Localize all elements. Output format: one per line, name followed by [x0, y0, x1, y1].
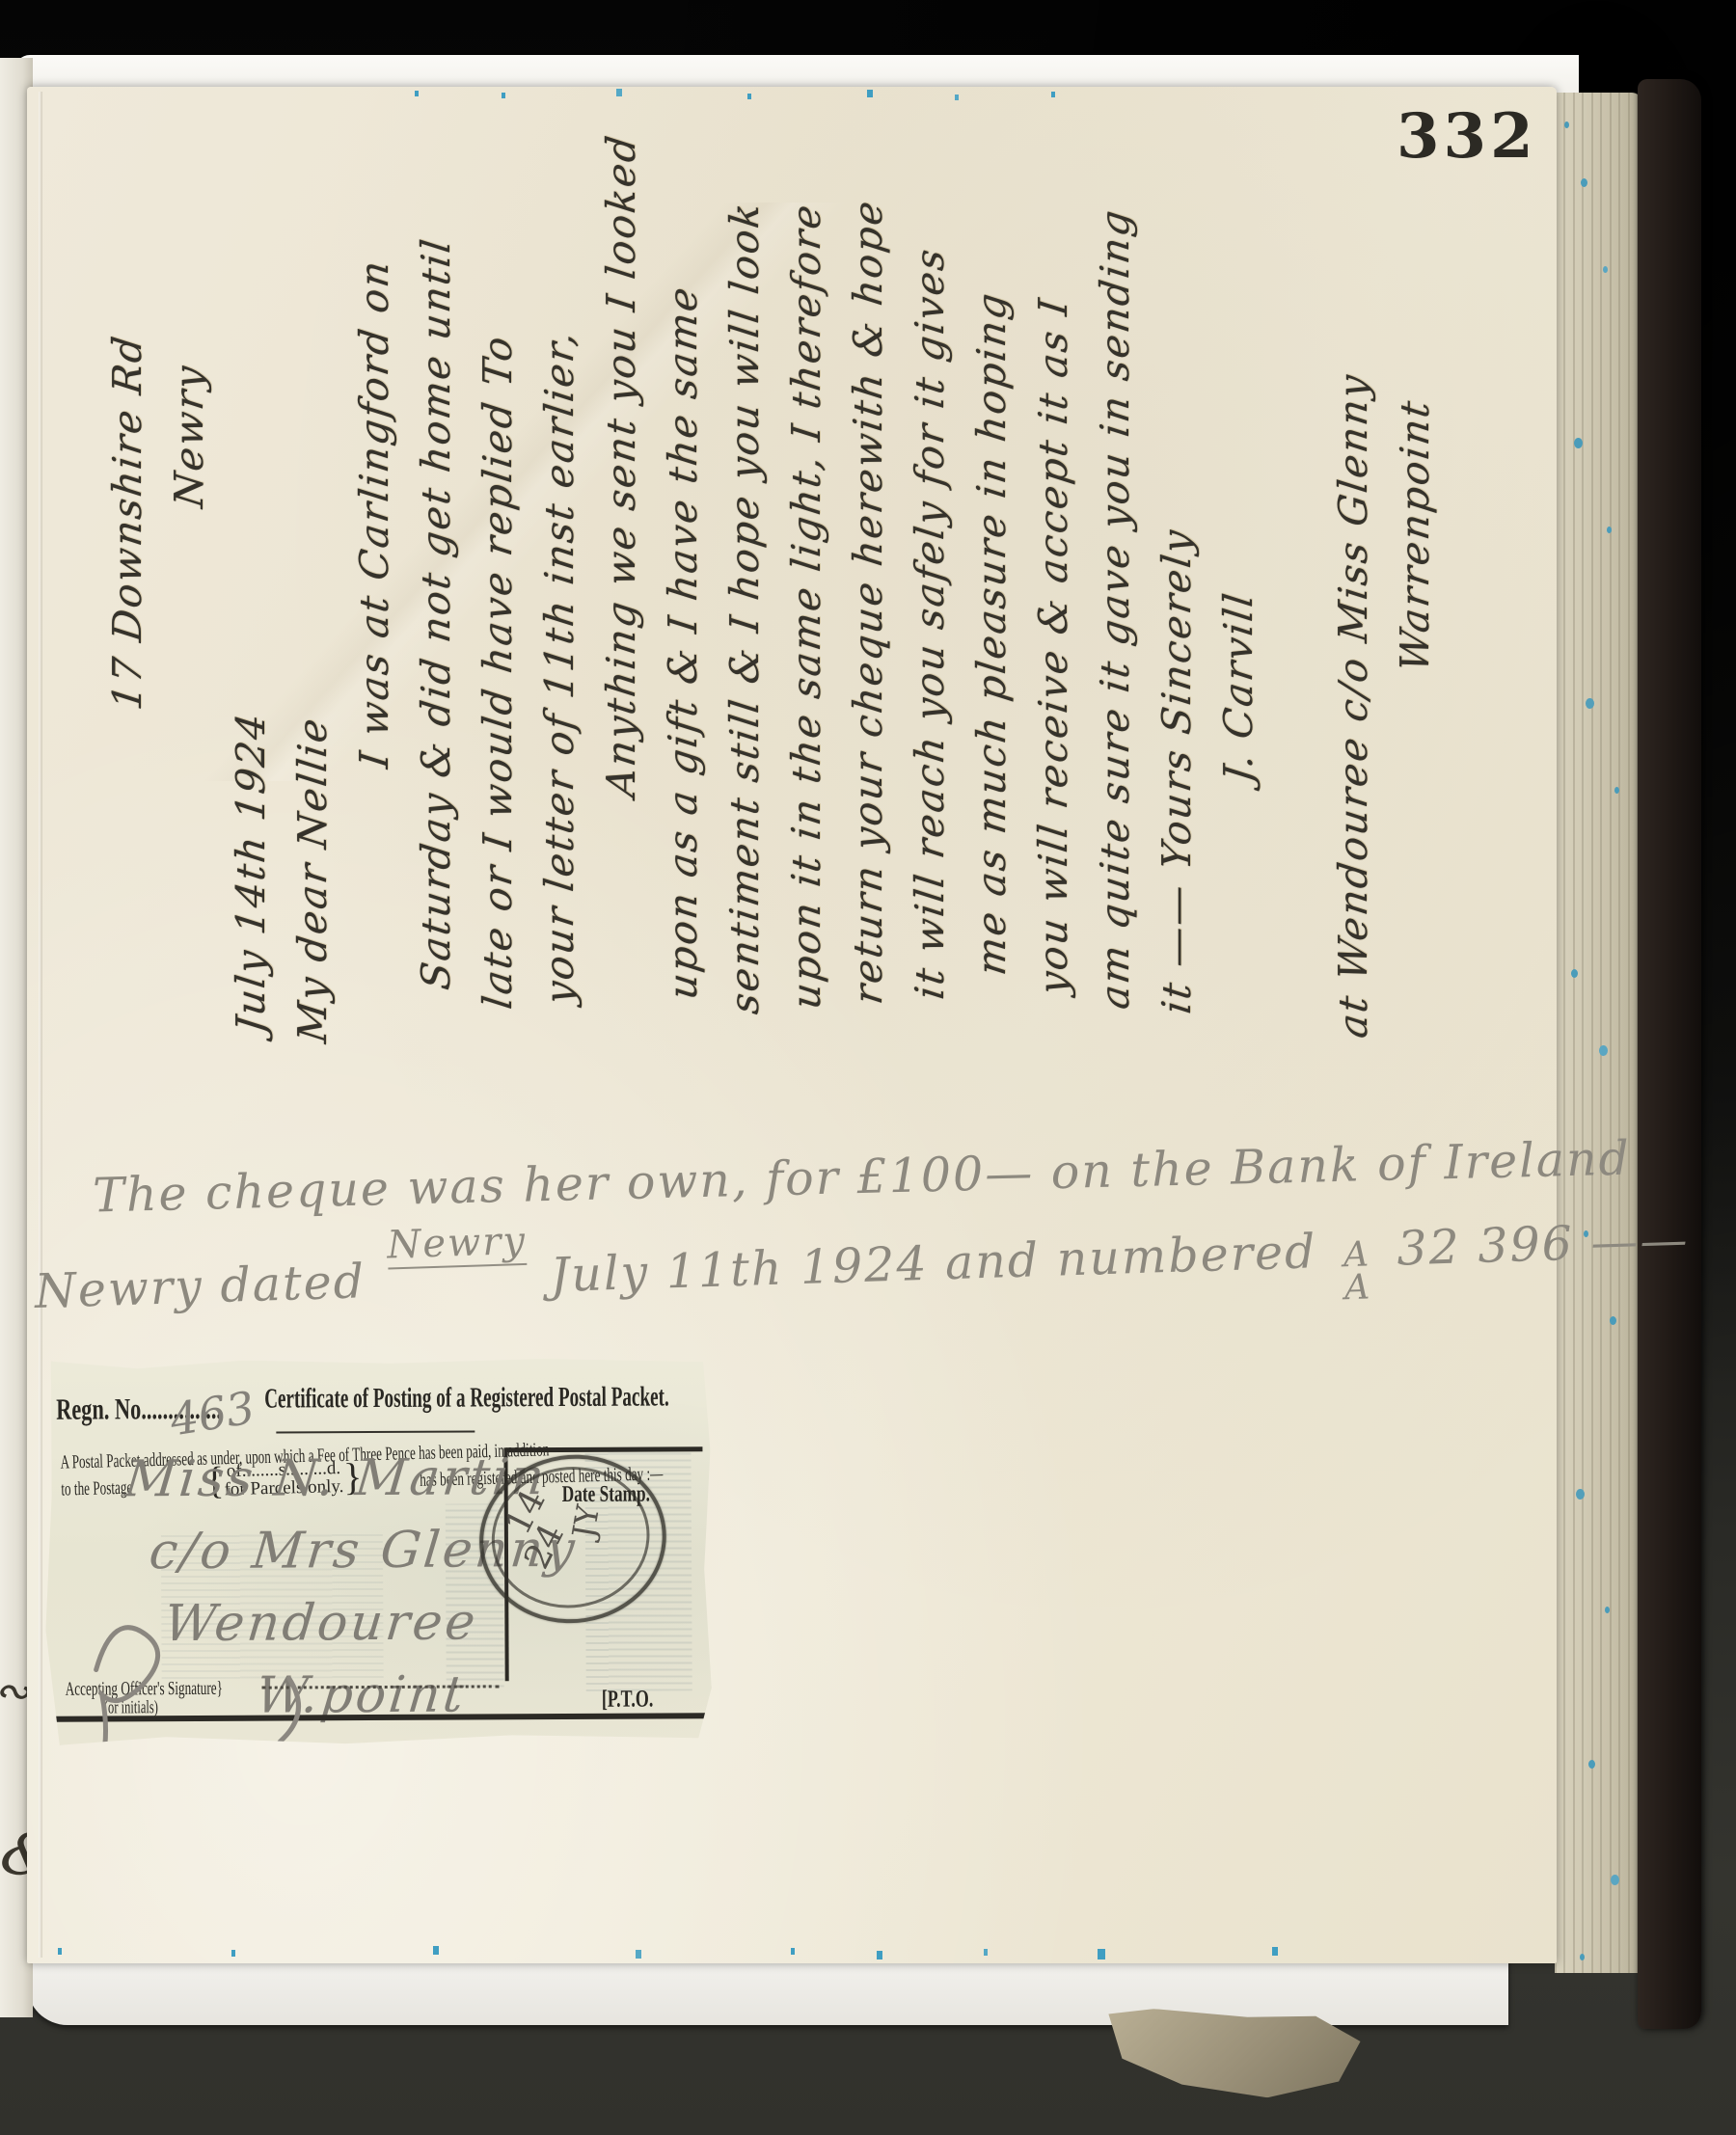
letter-line: July 14th 1924	[220, 127, 282, 1046]
certificate-of-posting-slip: Regn. No............... 463 Certificate …	[44, 1358, 712, 1745]
annotation-line2-end: 32 396 ——	[1397, 1212, 1691, 1276]
letter-line: your letter of 11th inst earlier,	[529, 127, 590, 1046]
pencil-signature-squiggles	[44, 1358, 712, 1776]
letter-line: at Wendouree c/o Miss Glenny	[1322, 127, 1384, 1046]
letter-line: Saturday & did not get home until	[405, 127, 467, 1046]
book-fore-edge	[1555, 93, 1641, 1973]
letter-line: J. Carvill	[1207, 127, 1269, 1046]
letter-line: upon as a gift & I have the same	[652, 127, 714, 1046]
page-crease	[39, 92, 42, 1958]
annotation-line2-start: Newry dated	[34, 1254, 366, 1319]
letter-line: My dear Nellie	[282, 127, 343, 1046]
book-cover-edge	[1638, 79, 1701, 2029]
letter-line: Warrenpoint	[1384, 127, 1446, 1046]
letter-line: Newry	[158, 127, 220, 1046]
white-backing-sheet-bottom	[27, 1954, 1508, 2025]
letter-line: return your cheque herewith & hope	[837, 127, 899, 1046]
letter-line: upon it in the same light, I therefore	[775, 127, 837, 1046]
bottom-edge-speckles	[58, 1948, 62, 1955]
album-scan: ∾ & 332 17 Downshire RdNewryJuly 14th 19…	[0, 0, 1736, 2135]
letter-line: it —— Yours Sincerely	[1146, 127, 1207, 1046]
letter-line: it will reach you safely for it gives	[899, 127, 961, 1046]
torn-paper-fragment	[1106, 2007, 1362, 2100]
annotation-inserted-word: Newry	[387, 1219, 528, 1270]
cheque-number-prefix: A A	[1343, 1238, 1371, 1305]
letter-line: Anything we sent you I looked	[590, 127, 652, 1046]
letter-line: me as much pleasure in hoping	[961, 127, 1022, 1046]
top-edge-speckles	[415, 91, 419, 96]
letter-line: late or I would have replied To	[467, 127, 529, 1046]
letter-line: sentiment still & I hope you will look	[714, 127, 775, 1046]
letter-line: you will receive & accept it as I	[1022, 127, 1084, 1046]
letter-line: I was at Carlingford on	[343, 127, 405, 1046]
fore-edge-speckles	[1564, 122, 1569, 128]
letter-line: 17 Downshire Rd	[96, 127, 158, 1046]
handwritten-letter-rotated: 17 Downshire RdNewryJuly 14th 1924My dea…	[96, 135, 1476, 1046]
letter-line: am quite sure it gave you in sending	[1084, 127, 1146, 1046]
